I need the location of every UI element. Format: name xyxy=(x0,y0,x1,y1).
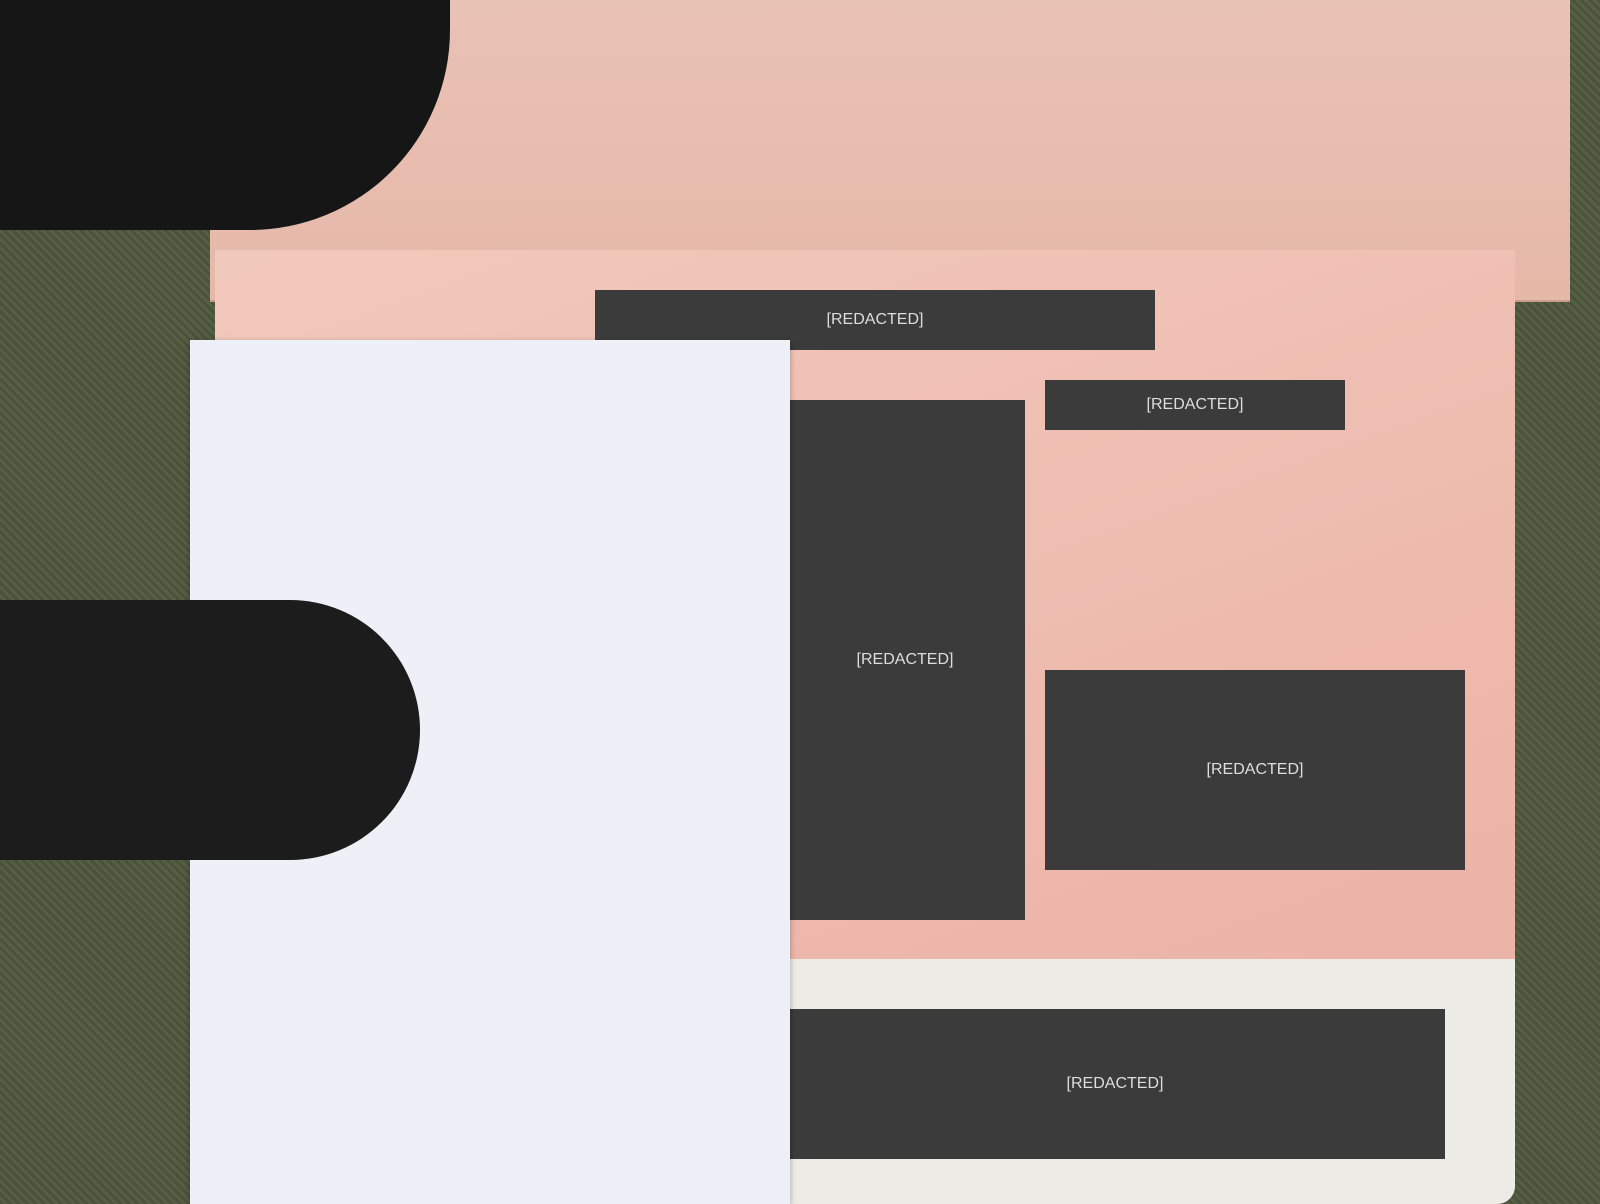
redacted-mrz: [REDACTED] xyxy=(785,1009,1445,1159)
redacted-fields: [REDACTED] xyxy=(785,400,1025,920)
glove-finger xyxy=(0,600,420,860)
redacted-number: [REDACTED] xyxy=(1045,380,1345,430)
redacted-fields-right: [REDACTED] xyxy=(1045,670,1465,870)
